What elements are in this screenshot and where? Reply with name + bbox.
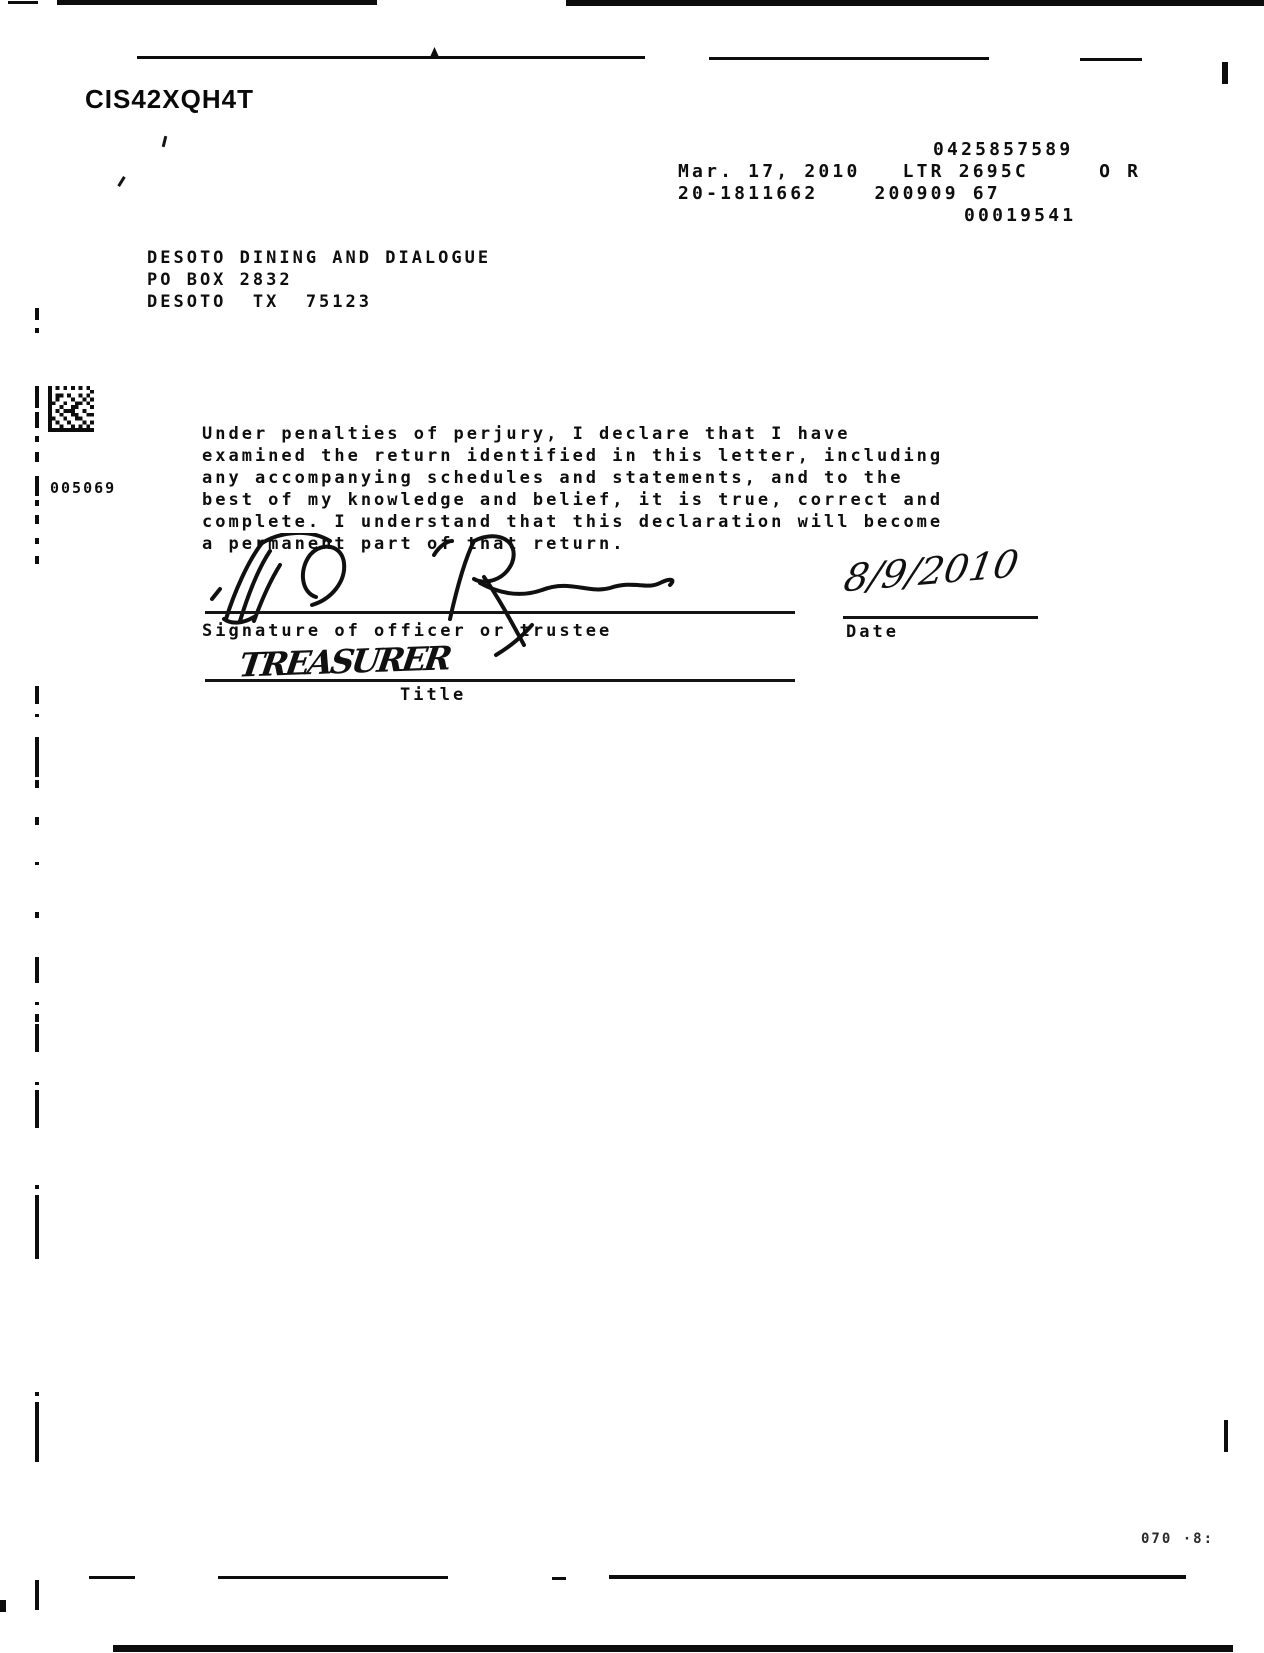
scan-margin-dash	[35, 862, 39, 865]
title-line-label: Title	[400, 684, 466, 706]
scan-margin-dash	[35, 308, 39, 320]
recipient-address-block: DESOTO DINING AND DIALOGUE PO BOX 2832 D…	[147, 247, 491, 313]
scan-edge-bar	[57, 0, 377, 5]
date-line	[843, 616, 1038, 619]
scan-tick-mark	[1224, 1420, 1228, 1452]
scan-margin-dash	[35, 436, 39, 442]
scan-margin-dash	[35, 1082, 39, 1085]
signature-line	[205, 611, 795, 614]
datamatrix-barcode	[48, 386, 94, 432]
scan-margin-dash	[35, 412, 39, 428]
scan-margin-dash	[35, 1195, 39, 1259]
scan-line-artifact	[218, 1576, 448, 1579]
scan-margin-dash	[35, 1014, 39, 1022]
scan-line-artifact	[609, 1575, 1186, 1579]
scan-margin-dash	[35, 538, 39, 544]
scan-margin-dash	[35, 452, 39, 462]
scan-margin-dash	[35, 1580, 39, 1610]
stamp-sequence-number: 00019541	[964, 205, 1076, 227]
scan-margin-dash	[35, 1090, 39, 1128]
stamp-letter-line: Mar. 17, 2010 LTR 2695C O R	[678, 161, 1141, 183]
scan-margin-dash	[35, 686, 39, 704]
scan-margin-dash	[35, 1024, 39, 1052]
scan-margin-dash	[35, 386, 39, 408]
barcode-label: 005069	[50, 477, 116, 499]
scan-margin-dash	[35, 515, 39, 524]
scan-line-artifact	[552, 1577, 566, 1580]
scan-tick-mark	[0, 1600, 6, 1612]
scan-speck	[117, 176, 125, 187]
scan-margin-dash	[35, 912, 39, 918]
scan-margin-dash	[35, 1185, 39, 1189]
scan-margin-dash	[35, 556, 39, 564]
scan-margin-dash	[35, 1002, 39, 1005]
scan-edge-bar	[8, 1, 38, 4]
scan-line-artifact	[89, 1576, 135, 1579]
scan-margin-dash	[35, 780, 39, 788]
scan-margin-dash	[35, 500, 39, 506]
scan-margin-dash	[35, 1402, 39, 1462]
scan-line-artifact	[709, 57, 989, 60]
printer-code-artifact: 070 ·8:	[1141, 1531, 1214, 1547]
scan-margin-dash	[35, 817, 39, 825]
handwritten-title: TREASURER	[237, 638, 452, 684]
scan-speck	[430, 47, 439, 57]
scan-tick-mark	[1222, 62, 1228, 84]
scanned-irs-letter: { "header": { "cis_code": "CIS42XQH4T" }…	[0, 0, 1264, 1653]
stamp-serial-number: 0425857589	[933, 139, 1073, 161]
scan-line-artifact	[137, 56, 645, 59]
title-line	[205, 679, 795, 682]
date-line-label: Date	[846, 621, 899, 643]
scan-margin-dash	[35, 737, 39, 777]
scan-margin-dash	[35, 328, 39, 333]
scan-speck	[162, 136, 168, 147]
scan-edge-bar	[566, 0, 1264, 6]
stamp-ein-line: 20-1811662 200909 67	[678, 183, 1001, 205]
scan-edge-bar	[113, 1645, 1233, 1652]
scan-margin-dash	[35, 957, 39, 983]
scan-margin-dash	[35, 714, 39, 717]
cis-reference-code: CIS42XQH4T	[85, 84, 254, 115]
scan-margin-dash	[35, 1392, 39, 1396]
scan-line-artifact	[1080, 58, 1142, 61]
signature-line-label: Signature of officer or trustee	[202, 620, 612, 642]
scan-margin-dash	[35, 476, 39, 496]
